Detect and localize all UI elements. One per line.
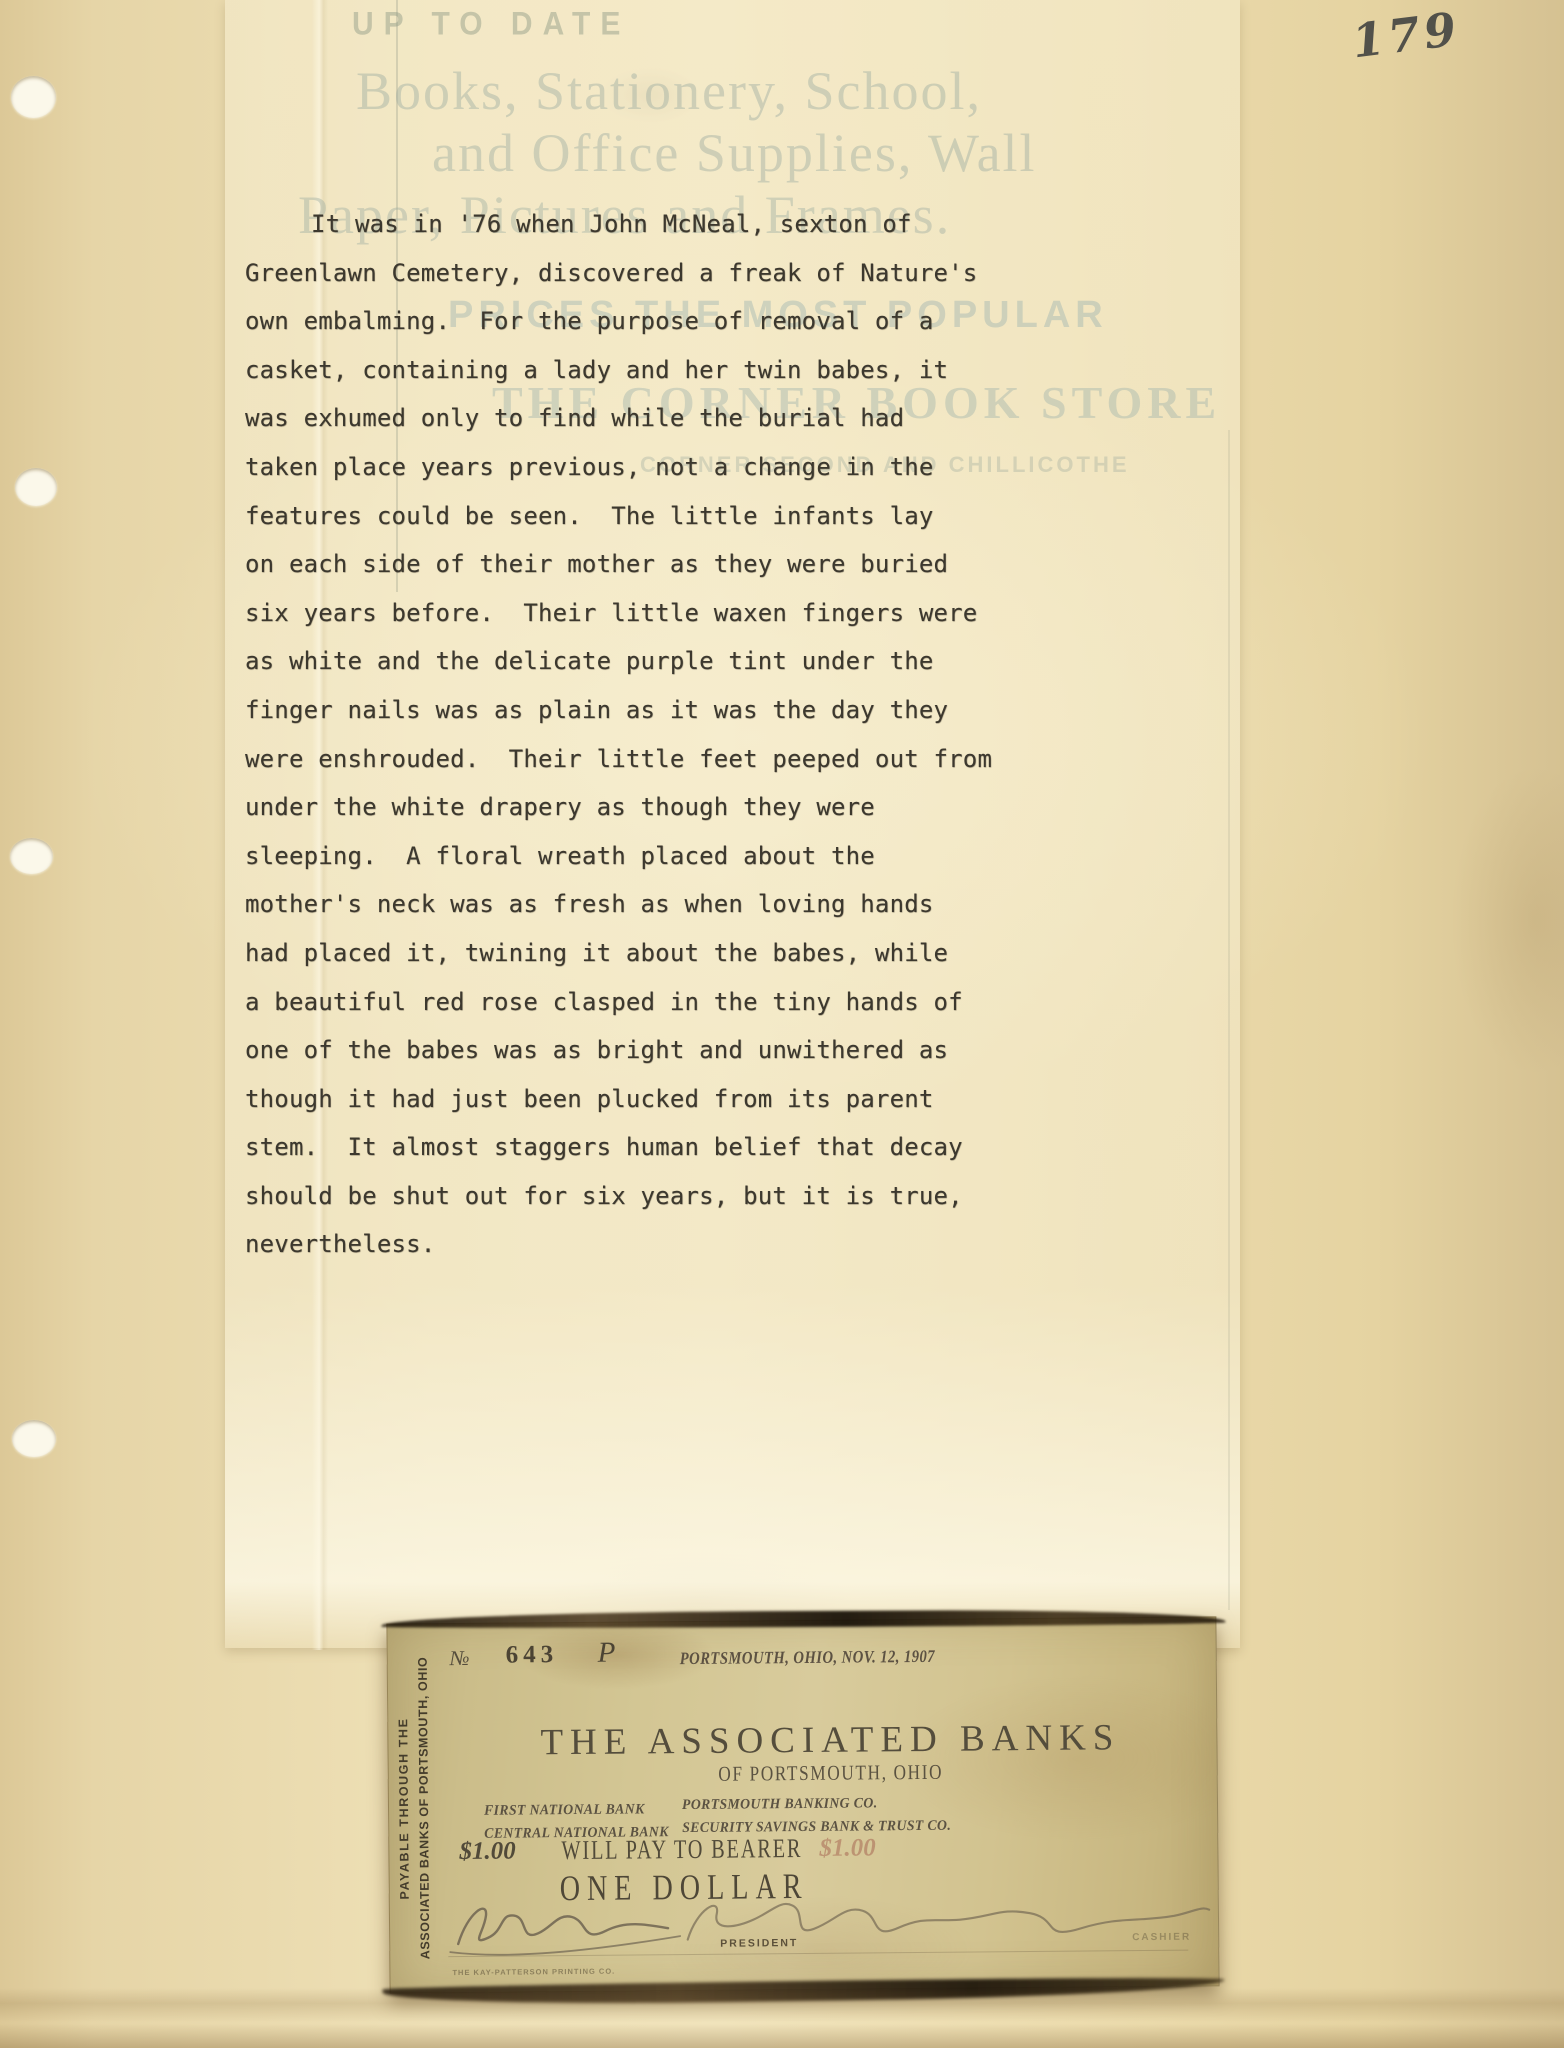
- bank-name: PORTSMOUTH BANKING CO.: [682, 1792, 951, 1817]
- banknote-amount-right: $1.00: [819, 1834, 875, 1862]
- printer-imprint: THE KAY-PATTERSON PRINTING CO.: [452, 1967, 615, 1977]
- banknote-dateline: PORTSMOUTH, OHIO, NOV. 12, 1907: [680, 1646, 935, 1669]
- typed-line: were enshrouded. Their little feet peepe…: [245, 735, 1005, 784]
- typed-line: though it had just been plucked from its…: [245, 1075, 1005, 1124]
- bleedthrough-border-right: [1228, 430, 1230, 1610]
- typed-line: should be shut out for six years, but it…: [245, 1172, 1005, 1221]
- typed-line: six years before. Their little waxen fin…: [245, 589, 1005, 638]
- banknote-serial-suffix: P: [598, 1637, 616, 1670]
- paper-crease: [0, 1988, 1564, 2022]
- punch-hole: [12, 1420, 56, 1457]
- scrapbook-page: 179 UP TO DATE Books, Stationery, School…: [0, 0, 1564, 2048]
- typed-line: on each side of their mother as they wer…: [245, 540, 1005, 589]
- punch-hole: [15, 468, 57, 506]
- typed-line: a beautiful red rose clasped in the tiny…: [245, 978, 1005, 1027]
- typed-line: Greenlawn Cemetery, discovered a freak o…: [245, 249, 1005, 298]
- banknote: PAYABLE THROUGH THE ASSOCIATED BANKS OF …: [386, 1616, 1219, 1993]
- punch-hole: [11, 76, 56, 118]
- cashier-label: CASHIER: [1132, 1932, 1191, 1944]
- president-signature: [440, 1890, 691, 1962]
- bank-name: FIRST NATIONAL BANK: [484, 1798, 669, 1823]
- typed-line: nevertheless.: [245, 1220, 1005, 1269]
- typed-line: sleeping. A floral wreath placed about t…: [245, 832, 1005, 881]
- typed-line: had placed it, twining it about the babe…: [245, 929, 1005, 978]
- typed-line: casket, containing a lady and her twin b…: [245, 346, 1005, 395]
- banknote-amount-left: $1.00: [459, 1838, 515, 1866]
- punch-hole: [10, 838, 53, 874]
- typed-line: was exhumed only to find while the buria…: [245, 394, 1005, 443]
- banknote-number-sign: №: [450, 1646, 470, 1671]
- typed-line: stem. It almost staggers human belief th…: [245, 1123, 1005, 1172]
- banknote-payable-vertical-text: ASSOCIATED BANKS OF PORTSMOUTH, OHIO: [415, 1630, 432, 1986]
- typed-line: finger nails was as plain as it was the …: [245, 686, 1005, 735]
- typed-line: It was in '76 when John McNeal, sexton o…: [245, 200, 1005, 249]
- banknote-pay-to-bearer: WILL PAY TO BEARER: [561, 1833, 802, 1866]
- banknote-payable-vertical-text: PAYABLE THROUGH THE: [396, 1636, 413, 1980]
- banknote-serial-number: 643: [506, 1641, 559, 1669]
- typed-line: own embalming. For the purpose of remova…: [245, 297, 1005, 346]
- typed-line: as white and the delicate purple tint un…: [245, 637, 1005, 686]
- typewritten-story: It was in '76 when John McNeal, sexton o…: [245, 200, 1005, 1269]
- typed-line: mother's neck was as fresh as when lovin…: [245, 880, 1005, 929]
- typed-line: taken place years previous, not a change…: [245, 443, 1005, 492]
- president-label: PRESIDENT: [720, 1937, 798, 1950]
- typed-line: features could be seen. The little infan…: [245, 492, 1005, 541]
- page-number: 179: [1349, 2, 1463, 69]
- page-edge-shadow: [0, 2024, 1564, 2048]
- banknote-subtitle: OF PORTSMOUTH, OHIO: [514, 1758, 1147, 1789]
- typed-line: one of the babes was as bright and unwit…: [245, 1026, 1005, 1075]
- typed-line: under the white drapery as though they w…: [245, 783, 1005, 832]
